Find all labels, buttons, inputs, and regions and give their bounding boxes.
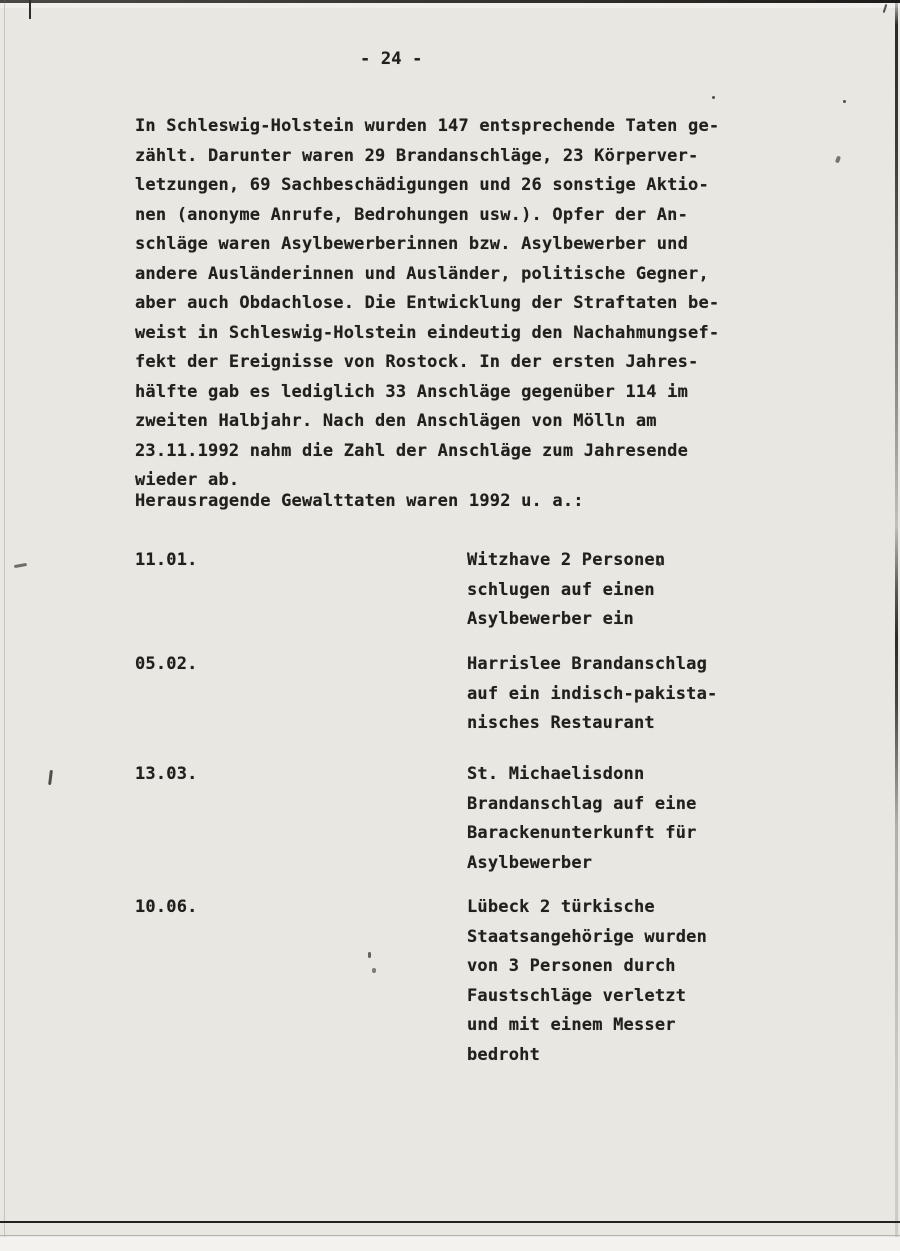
scan-speck bbox=[48, 770, 53, 785]
footer-rule-dark bbox=[0, 1221, 900, 1223]
scan-speck bbox=[843, 100, 846, 103]
event-description: St. Michaelisdonn Brandanschlag auf eine… bbox=[467, 760, 797, 878]
footer-rule-light bbox=[0, 1235, 900, 1236]
section-heading: Herausragende Gewalttaten waren 1992 u. … bbox=[135, 487, 584, 517]
page-number: - 24 - bbox=[360, 45, 423, 75]
event-date: 11.01. bbox=[135, 546, 198, 576]
intro-paragraph: In Schleswig-Holstein wurden 147 entspre… bbox=[135, 112, 795, 496]
scan-speck bbox=[368, 952, 371, 958]
scan-mark-left-tick bbox=[29, 0, 31, 19]
event-description: Lübeck 2 türkische Staatsangehörige wurd… bbox=[467, 893, 797, 1070]
scan-speck bbox=[712, 96, 715, 99]
event-date: 13.03. bbox=[135, 760, 198, 790]
scan-edge-right bbox=[895, 0, 898, 1251]
event-date: 05.02. bbox=[135, 650, 198, 680]
scan-edge-top-highlight bbox=[0, 3, 900, 8]
event-description: Witzhave 2 Personen schlugen auf einen A… bbox=[467, 546, 797, 635]
event-description: Harrislee Brandanschlag auf ein indisch-… bbox=[467, 650, 797, 739]
scan-edge-left bbox=[4, 0, 5, 1251]
scan-edge-bottom bbox=[0, 1237, 900, 1251]
scanned-document-page: - 24 - In Schleswig-Holstein wurden 147 … bbox=[0, 0, 900, 1251]
scan-speck bbox=[658, 562, 661, 566]
scan-speck bbox=[14, 563, 27, 568]
event-date: 10.06. bbox=[135, 893, 198, 923]
scan-speck bbox=[372, 968, 376, 973]
scan-speck bbox=[835, 156, 841, 164]
